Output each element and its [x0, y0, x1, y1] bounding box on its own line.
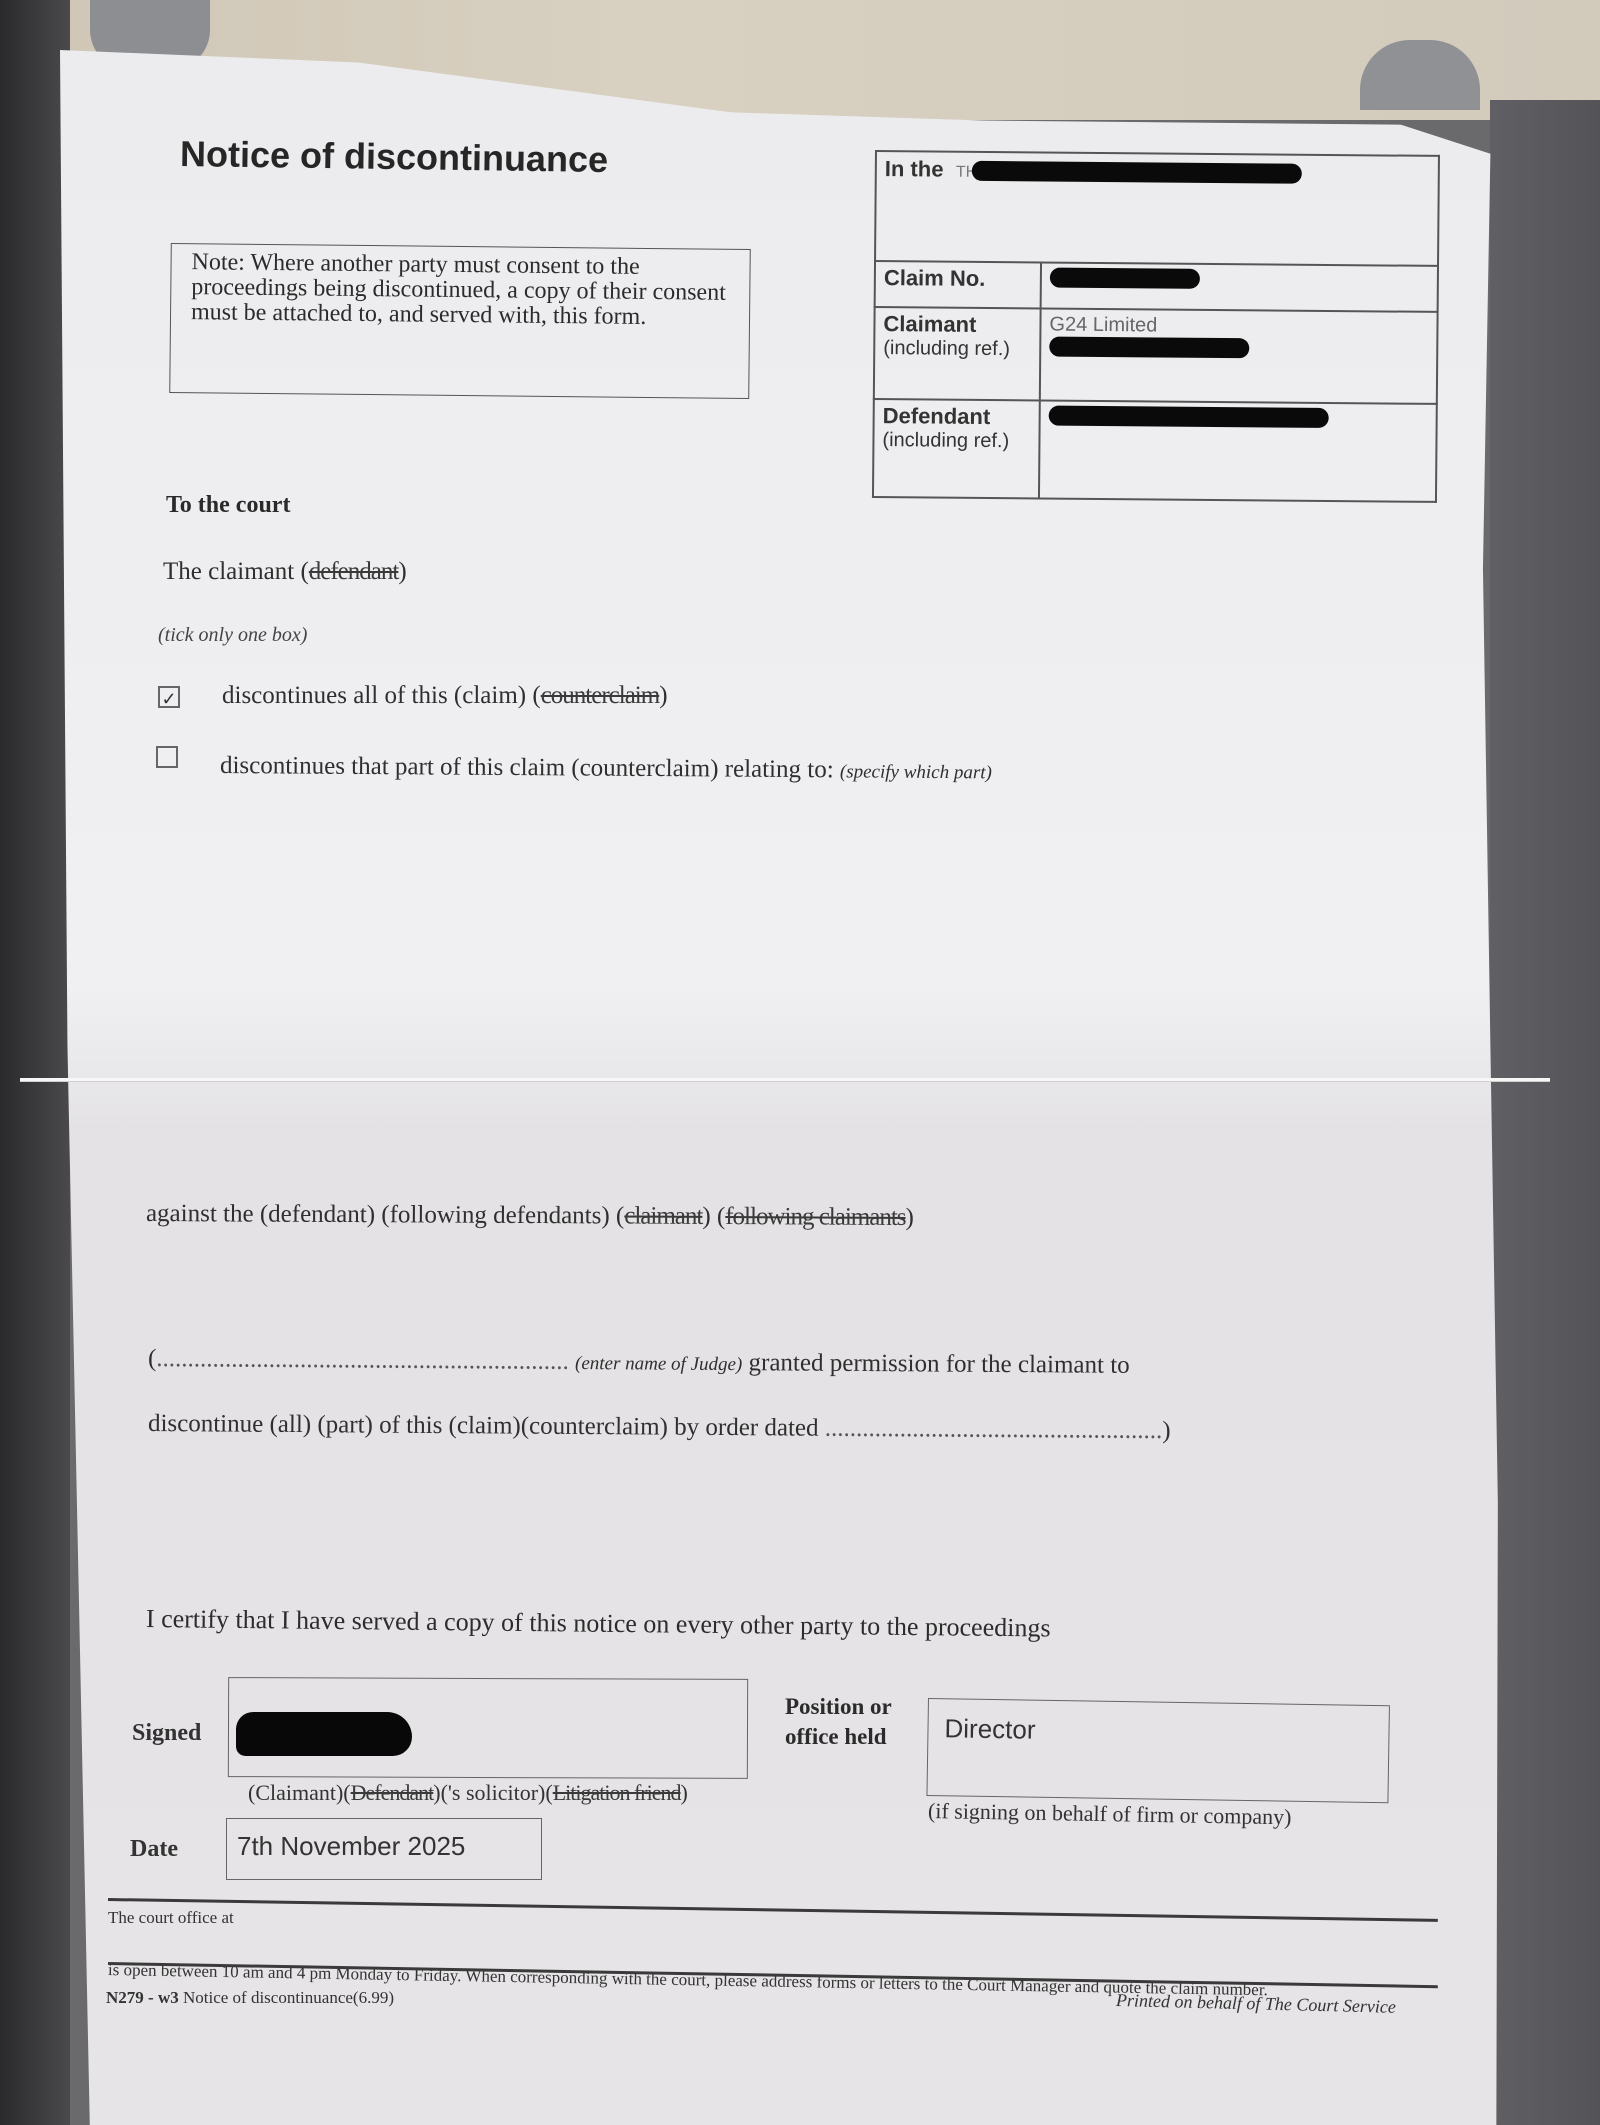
struck-counterclaim: counterclaim — [541, 682, 660, 709]
option-discontinue-all: discontinues all of this (claim) (counte… — [222, 682, 668, 710]
option-text: discontinues all of this (claim) ( — [222, 682, 541, 709]
struck-defendant-role: Defendant — [351, 1780, 434, 1805]
paren-close: ) — [1162, 1417, 1171, 1444]
redaction-claim-no — [1050, 268, 1200, 289]
redaction-claimant-ref — [1049, 337, 1249, 359]
claim-no-row: Claim No. — [875, 261, 1438, 312]
order-date-field[interactable]: ........................................… — [825, 1415, 1163, 1444]
order-text: discontinue (all) (part) of this (claim)… — [148, 1410, 819, 1442]
redaction-defendant — [1049, 406, 1329, 428]
caption-part: ) — [681, 1780, 688, 1805]
claim-no-label: Claim No. — [875, 261, 1041, 308]
paren-close: ) — [398, 558, 406, 585]
paren-close: ) — [659, 682, 667, 709]
checkbox-discontinue-part[interactable] — [156, 746, 178, 768]
struck-litigation-friend: Litigation friend — [553, 1780, 681, 1805]
claimant-value: G24 Limited — [1049, 314, 1157, 337]
against-mid: ) ( — [702, 1203, 725, 1230]
against-line: against the (defendant) (following defen… — [146, 1200, 914, 1232]
defendant-row: Defendant (including ref.) — [873, 399, 1437, 502]
caption-part: (Claimant)( — [248, 1780, 351, 1805]
defendant-label: Defendant — [883, 403, 991, 429]
signed-label: Signed — [132, 1720, 201, 1747]
position-label-line-1: Position or — [785, 1694, 892, 1719]
defendant-sub-label: (including ref.) — [882, 428, 1030, 453]
date-field[interactable]: 7th November 2025 — [226, 1818, 542, 1880]
in-the-label: In the — [885, 156, 944, 182]
court-details-table: In the TH Claim No. Claimant (including … — [872, 150, 1440, 503]
against-text: against the (defendant) (following defen… — [146, 1200, 624, 1230]
background-left-edge — [0, 0, 70, 2125]
signatory-role-caption: (Claimant)(Defendant)('s solicitor)(Liti… — [248, 1780, 688, 1806]
option-text: discontinues that part of this claim (co… — [220, 752, 834, 783]
paren-close: ) — [905, 1204, 913, 1231]
struck-claimant: claimant — [624, 1203, 702, 1230]
judge-text: granted permission for the claimant to — [748, 1349, 1129, 1379]
form-name: Notice of discontinuance(6.99) — [183, 1988, 394, 2007]
claimant-row: Claimant (including ref.) G24 Limited — [874, 307, 1438, 404]
judge-name-field[interactable]: ........................................… — [156, 1345, 569, 1375]
claimant-line-text: The claimant ( — [163, 558, 309, 585]
struck-defendant: defendant — [309, 558, 399, 585]
form-code: N279 - w3 — [106, 1988, 179, 2007]
court-office-label: The court office at — [108, 1908, 234, 1928]
position-label-line-2: office held — [785, 1724, 887, 1749]
redaction-signature — [236, 1712, 412, 1756]
paper-fold-crease — [20, 1078, 1550, 1082]
claimant-party-line: The claimant (defendant) — [163, 558, 407, 586]
consent-note: Note: Where another party must consent t… — [169, 243, 751, 399]
claimant-sub-label: (including ref.) — [883, 336, 1031, 361]
checkbox-discontinue-all[interactable]: ✓ — [158, 686, 180, 708]
date-label: Date — [130, 1836, 178, 1863]
form-reference: N279 - w3 Notice of discontinuance(6.99) — [106, 1988, 394, 2008]
position-label: Position or office held — [785, 1692, 892, 1752]
court-row: In the TH — [875, 151, 1439, 266]
judge-hint: (enter name of Judge) — [575, 1353, 742, 1375]
specify-hint: (specify which part) — [840, 761, 992, 783]
to-the-court-heading: To the court — [166, 492, 290, 519]
option-discontinue-part: discontinues that part of this claim (co… — [220, 752, 992, 785]
redaction-court-name — [972, 161, 1302, 184]
claimant-label: Claimant — [883, 311, 976, 337]
position-field[interactable]: Director — [926, 1698, 1389, 1803]
background-right-edge — [1490, 100, 1600, 2125]
caption-part: )('s solicitor)( — [433, 1780, 552, 1805]
struck-following-claimants: following claimants — [725, 1203, 905, 1231]
tick-instruction: (tick only one box) — [158, 624, 307, 647]
form-title: Notice of discontinuance — [180, 133, 609, 181]
